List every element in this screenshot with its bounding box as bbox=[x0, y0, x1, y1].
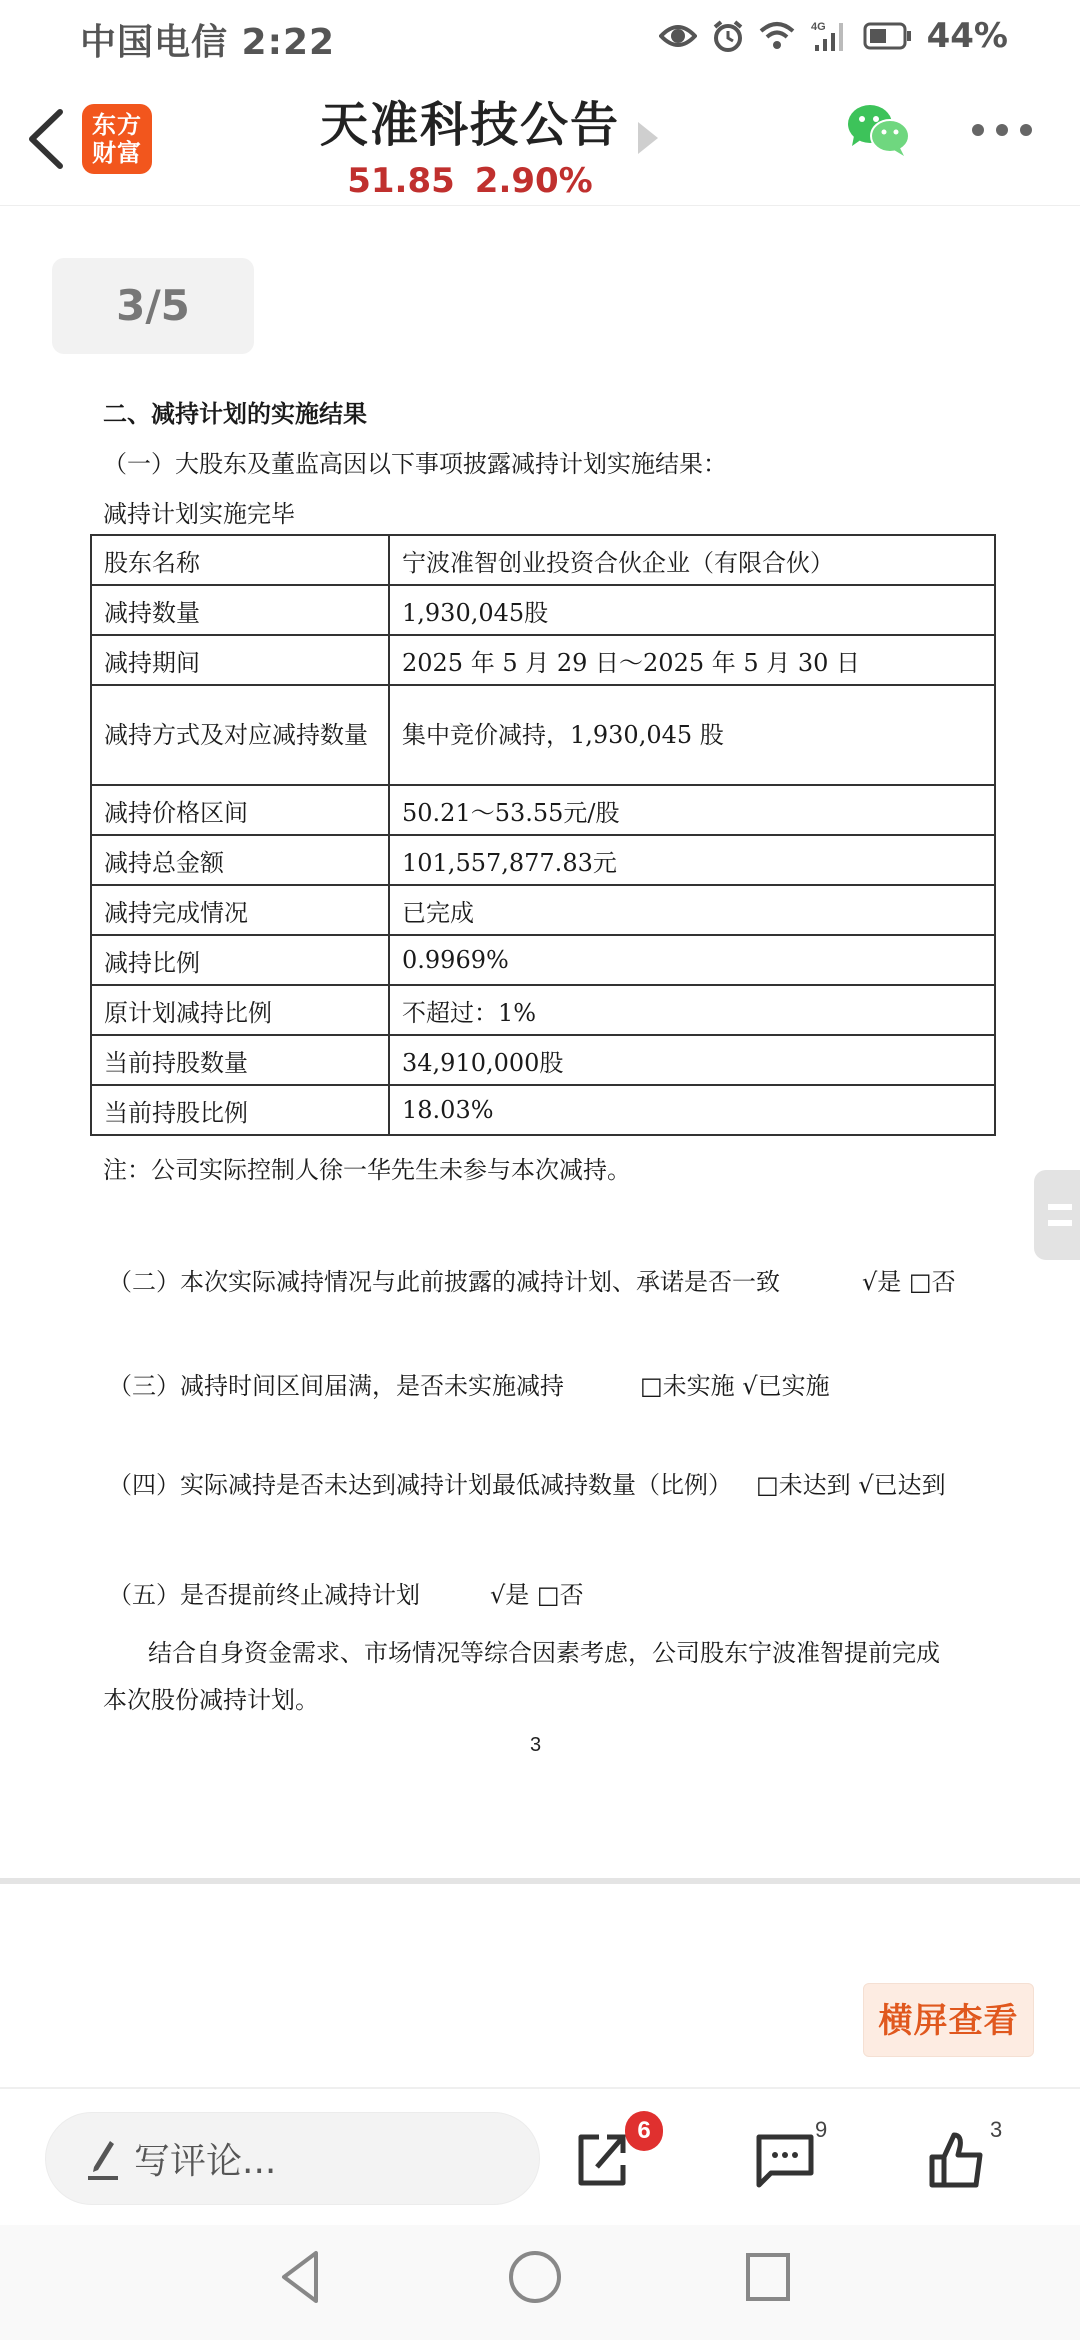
triangle-back-icon bbox=[272, 2247, 332, 2307]
row-label: 减持数量 bbox=[91, 585, 389, 635]
sub-heading: （一）大股东及董监高因以下事项披露减持计划实施结果： bbox=[103, 444, 727, 479]
row-label: 股东名称 bbox=[91, 535, 389, 585]
item-2-answer: √是 □否 bbox=[862, 1262, 956, 1297]
row-label: 减持比例 bbox=[91, 935, 389, 985]
row-value: 0.9969% bbox=[389, 935, 995, 985]
status-icons: 4G 44% bbox=[659, 16, 1008, 56]
nav-home-button[interactable] bbox=[505, 2247, 575, 2317]
conclusion-paragraph-line2: 本次股份减持计划。 bbox=[103, 1680, 319, 1715]
row-label: 减持期间 bbox=[91, 635, 389, 685]
row-label: 减持方式及对应减持数量 bbox=[91, 685, 389, 785]
row-label: 减持完成情况 bbox=[91, 885, 389, 935]
handle-line-icon bbox=[1048, 1220, 1072, 1226]
item-5-question: （五）是否提前终止减持计划 bbox=[108, 1575, 420, 1610]
stock-quote: 51.852.90% bbox=[300, 161, 640, 201]
page-title: 天准科技公告 bbox=[300, 86, 640, 155]
item-4-question: （四）实际减持是否未达到减持计划最低减持数量（比例） bbox=[108, 1465, 732, 1500]
row-value: 50.21～53.55元/股 bbox=[389, 785, 995, 835]
row-value: 已完成 bbox=[389, 885, 995, 935]
item-4-answer: □未达到 √已达到 bbox=[756, 1465, 946, 1500]
wechat-icon bbox=[846, 102, 912, 158]
table-row: 减持完成情况已完成 bbox=[91, 885, 995, 935]
system-navigation-bar bbox=[0, 2225, 1080, 2340]
row-label: 减持总金额 bbox=[91, 835, 389, 885]
bottom-action-bar: 写评论... 6 9 3 bbox=[0, 2087, 1080, 2225]
table-row: 股东名称宁波准智创业投资合伙企业（有限合伙） bbox=[91, 535, 995, 585]
row-value: 宁波准智创业投资合伙企业（有限合伙） bbox=[389, 535, 995, 585]
side-drawer-handle[interactable] bbox=[1034, 1170, 1080, 1260]
table-row: 减持方式及对应减持数量集中竞价减持，1,930,045 股 bbox=[91, 685, 995, 785]
battery-icon bbox=[863, 21, 913, 51]
share-count-badge: 6 bbox=[625, 2111, 663, 2151]
section-divider bbox=[0, 1878, 1080, 1884]
table-row: 减持数量1,930,045股 bbox=[91, 585, 995, 635]
signal-icon: 4G bbox=[809, 19, 849, 53]
app-header: 东方 财富 天准科技公告 51.852.90% bbox=[0, 80, 1080, 206]
dot-icon bbox=[972, 124, 984, 136]
pencil-icon bbox=[86, 2137, 120, 2181]
table-note: 注：公司实际控制人徐一华先生未参与本次减持。 bbox=[103, 1150, 631, 1185]
dot-icon bbox=[1020, 124, 1032, 136]
row-value: 2025 年 5 月 29 日～2025 年 5 月 30 日 bbox=[389, 635, 995, 685]
square-recents-icon bbox=[738, 2247, 798, 2307]
svg-text:4G: 4G bbox=[811, 21, 826, 33]
comments-button[interactable]: 9 bbox=[755, 2129, 825, 2199]
item-3-question: （三）减持时间区间届满，是否未实施减持 bbox=[108, 1366, 564, 1401]
status-line: 减持计划实施完毕 bbox=[103, 494, 295, 529]
like-count: 3 bbox=[990, 2117, 1002, 2143]
more-options-button[interactable] bbox=[972, 120, 1032, 140]
comment-bubble-icon bbox=[755, 2129, 817, 2191]
wifi-icon bbox=[759, 21, 795, 51]
table-row: 减持比例0.9969% bbox=[91, 935, 995, 985]
share-icon bbox=[573, 2129, 633, 2189]
back-button[interactable] bbox=[22, 104, 72, 174]
row-label: 当前持股比例 bbox=[91, 1085, 389, 1135]
table-row: 当前持股数量34,910,000股 bbox=[91, 1035, 995, 1085]
thumbs-up-icon bbox=[928, 2129, 990, 2191]
row-value: 集中竞价减持，1,930,045 股 bbox=[389, 685, 995, 785]
row-label: 减持价格区间 bbox=[91, 785, 389, 835]
play-arrow-icon[interactable] bbox=[638, 122, 658, 154]
page-number: 3 bbox=[530, 1734, 541, 1757]
row-label: 原计划减持比例 bbox=[91, 985, 389, 1035]
landscape-view-button[interactable]: 横屏查看 bbox=[863, 1983, 1034, 2057]
stock-title-block[interactable]: 天准科技公告 51.852.90% bbox=[300, 86, 640, 201]
table-row: 当前持股比例18.03% bbox=[91, 1085, 995, 1135]
item-5-answer: √是 □否 bbox=[490, 1575, 584, 1610]
share-button[interactable]: 6 bbox=[573, 2129, 643, 2199]
like-button[interactable]: 3 bbox=[928, 2129, 998, 2199]
section-heading: 二、减持计划的实施结果 bbox=[103, 394, 367, 429]
row-value: 18.03% bbox=[389, 1085, 995, 1135]
carrier-time: 中国电信 2:22 bbox=[80, 14, 335, 65]
table-row: 减持价格区间50.21～53.55元/股 bbox=[91, 785, 995, 835]
comment-count: 9 bbox=[815, 2117, 827, 2143]
eye-icon bbox=[659, 21, 697, 51]
nav-recents-button[interactable] bbox=[738, 2247, 808, 2317]
item-2-question: （二）本次实际减持情况与此前披露的减持计划、承诺是否一致 bbox=[108, 1262, 780, 1297]
stock-price: 51.85 bbox=[347, 161, 455, 201]
battery-percent: 44% bbox=[927, 16, 1008, 56]
wechat-share-button[interactable] bbox=[846, 102, 912, 158]
comment-input[interactable]: 写评论... bbox=[45, 2112, 540, 2205]
page-indicator: 3/5 bbox=[52, 258, 254, 354]
dot-icon bbox=[996, 124, 1008, 136]
handle-line-icon bbox=[1048, 1204, 1072, 1210]
table-row: 减持总金额101,557,877.83元 bbox=[91, 835, 995, 885]
chevron-left-icon bbox=[22, 104, 72, 174]
eastmoney-logo[interactable]: 东方 财富 bbox=[82, 104, 152, 174]
table-row: 原计划减持比例不超过：1% bbox=[91, 985, 995, 1035]
row-value: 不超过：1% bbox=[389, 985, 995, 1035]
item-3-answer: □未实施 √已实施 bbox=[640, 1366, 830, 1401]
row-label: 当前持股数量 bbox=[91, 1035, 389, 1085]
reduction-result-table: 股东名称宁波准智创业投资合伙企业（有限合伙） 减持数量1,930,045股 减持… bbox=[90, 534, 996, 1136]
status-bar: 中国电信 2:22 4G 44% bbox=[0, 0, 1080, 72]
row-value: 34,910,000股 bbox=[389, 1035, 995, 1085]
row-value: 1,930,045股 bbox=[389, 585, 995, 635]
comment-placeholder: 写评论... bbox=[134, 2133, 276, 2184]
conclusion-paragraph-line1: 结合自身资金需求、市场情况等综合因素考虑，公司股东宁波准智提前完成 bbox=[148, 1633, 940, 1668]
alarm-icon bbox=[711, 19, 745, 53]
circle-home-icon bbox=[505, 2247, 565, 2307]
table-row: 减持期间2025 年 5 月 29 日～2025 年 5 月 30 日 bbox=[91, 635, 995, 685]
row-value: 101,557,877.83元 bbox=[389, 835, 995, 885]
stock-change-percent: 2.90% bbox=[475, 161, 593, 201]
nav-back-button[interactable] bbox=[272, 2247, 342, 2317]
